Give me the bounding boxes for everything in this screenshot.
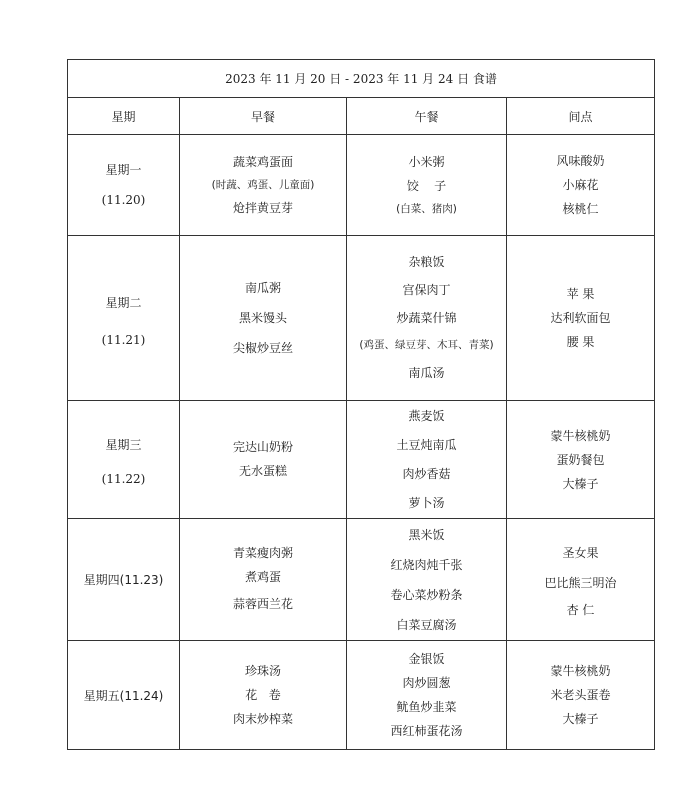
menu-item: 燕麦饭 bbox=[347, 402, 506, 431]
header-breakfast: 早餐 bbox=[180, 98, 347, 135]
weekly-menu-table: 2023 年 11 月 20 日 - 2023 年 11 月 24 日 食谱 星… bbox=[67, 59, 655, 750]
menu-item: 煮鸡蛋 bbox=[180, 565, 346, 589]
menu-item: 蒜蓉西兰花 bbox=[180, 589, 346, 619]
title-row: 2023 年 11 月 20 日 - 2023 年 11 月 24 日 食谱 bbox=[68, 60, 655, 98]
menu-item: 宫保肉丁 bbox=[347, 276, 506, 304]
menu-item: 腰 果 bbox=[507, 330, 654, 354]
weekday-label: 星期二 bbox=[68, 281, 179, 325]
weekday-label: 星期四(11.23) bbox=[84, 573, 164, 587]
breakfast-cell: 青菜瘦肉粥 煮鸡蛋 蒜蓉西兰花 bbox=[180, 519, 347, 641]
menu-title: 2023 年 11 月 20 日 - 2023 年 11 月 24 日 食谱 bbox=[68, 60, 655, 98]
menu-item: 杏 仁 bbox=[507, 598, 654, 622]
menu-item: 炝拌黄豆芽 bbox=[180, 196, 346, 220]
menu-item: 小麻花 bbox=[507, 173, 654, 197]
lunch-cell: 杂粮饭 宫保肉丁 炒蔬菜什锦 (鸡蛋、绿豆芽、木耳、青菜) 南瓜汤 bbox=[347, 236, 507, 401]
snack-cell: 风味酸奶 小麻花 核桃仁 bbox=[507, 135, 655, 236]
menu-item: 蛋奶餐包 bbox=[507, 448, 654, 472]
weekday-label: 星期五(11.24) bbox=[84, 689, 164, 703]
menu-item: 小米粥 bbox=[347, 150, 506, 174]
lunch-cell: 金银饭 肉炒圆葱 鱿鱼炒韭菜 西红柿蛋花汤 bbox=[347, 641, 507, 750]
header-weekday: 星期 bbox=[68, 98, 180, 135]
menu-item: 萝卜汤 bbox=[347, 489, 506, 518]
snack-cell: 蒙牛核桃奶 蛋奶餐包 大榛子 bbox=[507, 401, 655, 519]
menu-item: 米老头蛋卷 bbox=[507, 683, 654, 707]
header-snack: 间点 bbox=[507, 98, 655, 135]
menu-item: 珍珠汤 bbox=[180, 659, 346, 683]
table-row-thursday: 星期四(11.23) 青菜瘦肉粥 煮鸡蛋 蒜蓉西兰花 黑米饭 红烧肉炖千张 卷心… bbox=[68, 519, 655, 641]
weekday-cell: 星期二 (11.21) bbox=[68, 236, 180, 401]
menu-item: 黑米馒头 bbox=[180, 303, 346, 333]
weekday-cell: 星期五(11.24) bbox=[68, 641, 180, 750]
menu-item: 肉炒香菇 bbox=[347, 460, 506, 489]
menu-item: 饺 子 bbox=[347, 174, 506, 198]
weekday-label: 星期一 bbox=[68, 155, 179, 185]
menu-item: 蒙牛核桃奶 bbox=[507, 424, 654, 448]
menu-item: 黑米饭 bbox=[347, 520, 506, 550]
menu-item: 肉末炒榨菜 bbox=[180, 707, 346, 731]
date-label: (11.20) bbox=[68, 185, 179, 215]
header-row: 星期 早餐 午餐 间点 bbox=[68, 98, 655, 135]
date-label: (11.22) bbox=[68, 464, 179, 494]
menu-item: 南瓜粥 bbox=[180, 273, 346, 303]
breakfast-cell: 南瓜粥 黑米馒头 尖椒炒豆丝 bbox=[180, 236, 347, 401]
weekday-cell: 星期三 (11.22) bbox=[68, 401, 180, 519]
lunch-cell: 黑米饭 红烧肉炖千张 卷心菜炒粉条 白菜豆腐汤 bbox=[347, 519, 507, 641]
breakfast-cell: 珍珠汤 花 卷 肉末炒榨菜 bbox=[180, 641, 347, 750]
menu-item: 完达山奶粉 bbox=[180, 435, 346, 459]
menu-item: 西红柿蛋花汤 bbox=[347, 719, 506, 743]
snack-cell: 苹 果 达利软面包 腰 果 bbox=[507, 236, 655, 401]
menu-item: 土豆炖南瓜 bbox=[347, 431, 506, 460]
table-row-tuesday: 星期二 (11.21) 南瓜粥 黑米馒头 尖椒炒豆丝 杂粮饭 宫保肉丁 炒蔬菜什… bbox=[68, 236, 655, 401]
menu-item: 蒙牛核桃奶 bbox=[507, 659, 654, 683]
menu-item: 鱿鱼炒韭菜 bbox=[347, 695, 506, 719]
breakfast-cell: 完达山奶粉 无水蛋糕 bbox=[180, 401, 347, 519]
menu-item: 无水蛋糕 bbox=[180, 459, 346, 483]
breakfast-cell: 蔬菜鸡蛋面 (时蔬、鸡蛋、儿童面) 炝拌黄豆芽 bbox=[180, 135, 347, 236]
lunch-cell: 燕麦饭 土豆炖南瓜 肉炒香菇 萝卜汤 bbox=[347, 401, 507, 519]
menu-item-note: (鸡蛋、绿豆芽、木耳、青菜) bbox=[347, 332, 506, 359]
menu-item-note: (时蔬、鸡蛋、儿童面) bbox=[180, 174, 346, 196]
menu-item: 金银饭 bbox=[347, 647, 506, 671]
snack-cell: 圣女果 巴比熊三明治 杏 仁 bbox=[507, 519, 655, 641]
lunch-cell: 小米粥 饺 子 (白菜、猪肉) bbox=[347, 135, 507, 236]
menu-item: 炒蔬菜什锦 bbox=[347, 304, 506, 332]
menu-item: 圣女果 bbox=[507, 538, 654, 568]
header-lunch: 午餐 bbox=[347, 98, 507, 135]
menu-item: 南瓜汤 bbox=[347, 359, 506, 387]
menu-item: 卷心菜炒粉条 bbox=[347, 580, 506, 610]
menu-item: 红烧肉炖千张 bbox=[347, 550, 506, 580]
menu-item: 达利软面包 bbox=[507, 306, 654, 330]
weekday-cell: 星期一 (11.20) bbox=[68, 135, 180, 236]
menu-item: 尖椒炒豆丝 bbox=[180, 333, 346, 363]
menu-item: 肉炒圆葱 bbox=[347, 671, 506, 695]
table-row-friday: 星期五(11.24) 珍珠汤 花 卷 肉末炒榨菜 金银饭 肉炒圆葱 鱿鱼炒韭菜 … bbox=[68, 641, 655, 750]
table-row-wednesday: 星期三 (11.22) 完达山奶粉 无水蛋糕 燕麦饭 土豆炖南瓜 肉炒香菇 萝卜… bbox=[68, 401, 655, 519]
menu-item: 蔬菜鸡蛋面 bbox=[180, 150, 346, 174]
menu-item-note: (白菜、猪肉) bbox=[347, 198, 506, 220]
menu-item: 巴比熊三明治 bbox=[507, 568, 654, 598]
menu-item: 花 卷 bbox=[180, 683, 346, 707]
table-row-monday: 星期一 (11.20) 蔬菜鸡蛋面 (时蔬、鸡蛋、儿童面) 炝拌黄豆芽 小米粥 … bbox=[68, 135, 655, 236]
menu-item: 苹 果 bbox=[507, 282, 654, 306]
menu-item: 杂粮饭 bbox=[347, 249, 506, 276]
weekday-label: 星期三 bbox=[68, 426, 179, 464]
snack-cell: 蒙牛核桃奶 米老头蛋卷 大榛子 bbox=[507, 641, 655, 750]
menu-item: 白菜豆腐汤 bbox=[347, 610, 506, 640]
menu-item: 大榛子 bbox=[507, 472, 654, 496]
menu-item: 青菜瘦肉粥 bbox=[180, 541, 346, 565]
menu-item: 风味酸奶 bbox=[507, 149, 654, 173]
date-label: (11.21) bbox=[68, 325, 179, 355]
weekday-cell: 星期四(11.23) bbox=[68, 519, 180, 641]
menu-item: 核桃仁 bbox=[507, 197, 654, 221]
menu-item: 大榛子 bbox=[507, 707, 654, 731]
